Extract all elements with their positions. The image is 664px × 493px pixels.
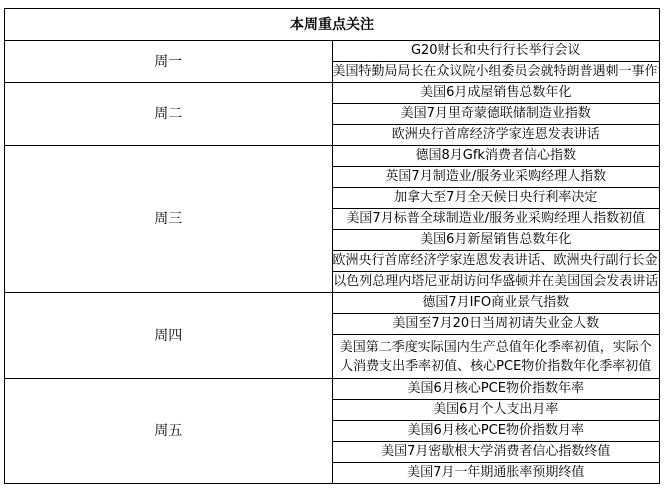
event-cell: 美国6月核心PCE物价指数年率: [332, 379, 660, 400]
day-label-monday: 周一: [5, 41, 333, 83]
day-label-friday: 周五: [5, 379, 333, 484]
event-cell: 欧洲央行首席经济学家连恩发表讲话: [332, 125, 660, 146]
event-cell: 美国7月密歇根大学消费者信心指数终值: [332, 442, 660, 463]
table-row: 周一 G20财长和央行行长举行会议: [5, 41, 660, 62]
day-label-tuesday: 周二: [5, 83, 333, 146]
event-cell: 欧洲央行首席经济学家连恩发表讲话、欧洲央行副行长金多斯主持一场专家小组会议: [332, 251, 660, 272]
table-row: 周三 德国8月Gfk消费者信心指数: [5, 146, 660, 167]
event-cell: 美国6月成屋销售总数年化: [332, 83, 660, 104]
table-row: 周二 美国6月成屋销售总数年化: [5, 83, 660, 104]
event-cell: 加拿大至7月全天候日央行利率决定: [332, 188, 660, 209]
table-row: 周四 德国7月IFO商业景气指数: [5, 293, 660, 314]
weekly-focus-table: 本周重点关注 周一 G20财长和央行行长举行会议 美国特勤局局长在众议院小组委员…: [4, 8, 660, 484]
event-cell: 以色列总理内塔尼亚胡访问华盛顿并在美国国会发表讲话: [332, 272, 660, 293]
table-title: 本周重点关注: [5, 9, 660, 41]
event-cell: 美国至7月20日当周初请失业金人数: [332, 314, 660, 335]
table-row: 周五 美国6月核心PCE物价指数年率: [5, 379, 660, 400]
event-cell: 德国7月IFO商业景气指数: [332, 293, 660, 314]
event-cell: 美国6月核心PCE物价指数月率: [332, 421, 660, 442]
title-row: 本周重点关注: [5, 9, 660, 41]
day-label-wednesday: 周三: [5, 146, 333, 293]
event-cell: 美国6月个人支出月率: [332, 400, 660, 421]
event-cell: 美国6月新屋销售总数年化: [332, 230, 660, 251]
event-cell: 美国第二季度实际国内生产总值年化季率初值，实际个人消费支出季率初值、核心PCE物…: [332, 335, 660, 379]
event-cell: 美国7月里奇蒙德联储制造业指数: [332, 104, 660, 125]
event-cell: 美国7月一年期通胀率预期终值: [332, 463, 660, 484]
event-cell: 英国7月制造业/服务业采购经理人指数: [332, 167, 660, 188]
event-cell: G20财长和央行行长举行会议: [332, 41, 660, 62]
day-label-thursday: 周四: [5, 293, 333, 379]
event-cell: 美国7月标普全球制造业/服务业采购经理人指数初值: [332, 209, 660, 230]
event-cell: 德国8月Gfk消费者信心指数: [332, 146, 660, 167]
event-cell: 美国特勤局局长在众议院小组委员会就特朗普遇刺一事作证词陈述: [332, 62, 660, 83]
